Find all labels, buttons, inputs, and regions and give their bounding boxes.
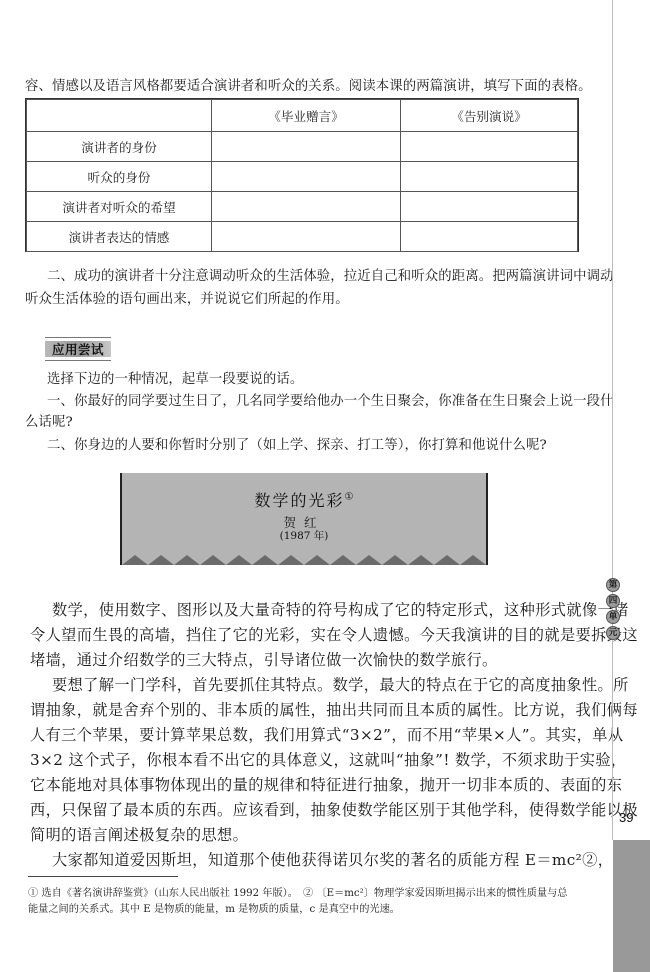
- application-item-1-line-1: 一、你最好的同学要过生日了，几名同学要给他办一个生日聚会，你准备在生日聚会上说一…: [47, 393, 614, 411]
- table-header-blank: [27, 100, 212, 132]
- article-p1-line-1: 数学，使用数字、图形以及大量奇特的符号构成了它的特定形式，这种形式就像一堵: [52, 600, 629, 620]
- article-p2-line-5: 它本能地对具体事物体现出的量的规律和特征进行抽象，抛开一切非本质的、表面的东: [30, 775, 622, 795]
- answer-cell[interactable]: [212, 132, 401, 162]
- table-row: 演讲者对听众的希望: [27, 192, 578, 222]
- margin-rule: [612, 0, 613, 840]
- row-label: 演讲者的身份: [27, 132, 212, 162]
- fill-in-table: 《毕业赠言》 《告别演说》 演讲者的身份 听众的身份 演讲者对听众的希望 演讲者…: [25, 98, 579, 252]
- article-p1-line-2: 令人望而生畏的高墙，挡住了它的光彩，实在令人遗憾。今天我演讲的目的就是要拆毁这: [30, 625, 638, 645]
- unit-badge-char: 元: [606, 626, 620, 640]
- article-p2-line-6: 西，只保留了最本质的东西。应该看到，抽象使数学能区别于其他学科，使得数学能以极: [30, 800, 638, 820]
- article-p2-line-3: 人有三个苹果，要计算苹果总数，我们用算式“3×2”，而不用“苹果×人”。其实，单…: [30, 725, 623, 745]
- article-p2-line-4: 3×2 这个式子，你根本看不出它的具体意义，这就叫“抽象”! 数学，不须求助于实…: [30, 750, 627, 770]
- article-p2-line-2: 谓抽象，就是舍弃个别的、非本质的属性，抽出共同而且本质的属性。比方说，我们俩每: [30, 700, 638, 720]
- answer-cell[interactable]: [401, 132, 578, 162]
- article-title-text: 数学的光彩: [255, 491, 345, 510]
- exercise-2-line-1: 二、成功的演讲者十分注意调动听众的生活体验，拉近自己和听众的距离。把两篇演讲词中…: [47, 268, 614, 286]
- table-row: 演讲者的身份: [27, 132, 578, 162]
- section-tag-label: 应用尝试: [45, 340, 111, 358]
- intro-text: 容、情感以及语言风格都要适合演讲者和听众的关系。阅读本课的两篇演讲，填写下面的表…: [25, 78, 592, 96]
- row-label: 演讲者表达的情感: [27, 222, 212, 252]
- footnote-ref-1[interactable]: ①: [345, 492, 354, 503]
- article-title: 数学的光彩①: [122, 488, 486, 511]
- unit-badge-char: 四: [606, 594, 620, 608]
- table-header-graduation-speech: 《毕业赠言》: [212, 100, 401, 132]
- article-p3-line-1: 大家都知道爱因斯坦，知道那个使他获得诺贝尔奖的著名的质能方程 E＝mc²②，深: [52, 850, 629, 870]
- page-edge-tab: [613, 840, 650, 972]
- article-p1-line-3: 堵墙，通过介绍数学的三大特点，引导诸位做一次愉快的数学旅行。: [30, 650, 498, 670]
- page-number: 39: [619, 810, 633, 825]
- article-p2-line-7: 简明的语言阐述极复杂的思想。: [30, 825, 248, 845]
- answer-cell[interactable]: [401, 222, 578, 252]
- article-p2-line-1: 要想了解一门学科，首先要抓住其特点。数学，最大的特点在于它的高度抽象性。所: [52, 675, 629, 695]
- unit-badge-char: 第: [606, 578, 620, 592]
- article-title-banner: 数学的光彩① 贺红 (1987 年): [120, 473, 488, 565]
- section-tag-application: 应用尝试: [45, 337, 111, 361]
- table-row: 演讲者表达的情感: [27, 222, 578, 252]
- answer-cell[interactable]: [212, 192, 401, 222]
- table-header-farewell-speech: 《告别演说》: [401, 100, 578, 132]
- zigzag-border-decoration: [122, 555, 486, 565]
- exercise-2-line-2: 听众生活体验的语句画出来，并说说它们所起的作用。: [25, 291, 349, 309]
- answer-cell[interactable]: [401, 192, 578, 222]
- unit-badge-char: 单: [606, 610, 620, 624]
- application-item-2: 二、你身边的人要和你暂时分别了（如上学、探亲、打工等），你打算和他说什么呢?: [47, 437, 547, 455]
- answer-cell[interactable]: [212, 222, 401, 252]
- row-label: 听众的身份: [27, 162, 212, 192]
- application-intro: 选择下边的一种情况，起草一段要说的话。: [47, 371, 303, 389]
- answer-cell[interactable]: [212, 162, 401, 192]
- application-item-1-line-2: 么话呢?: [25, 414, 73, 432]
- answer-cell[interactable]: [401, 162, 578, 192]
- article-year: (1987 年): [122, 528, 486, 543]
- row-label: 演讲者对听众的希望: [27, 192, 212, 222]
- table-row: 听众的身份: [27, 162, 578, 192]
- table-header-row: 《毕业赠言》 《告别演说》: [27, 100, 578, 132]
- footnote-divider: [28, 876, 178, 877]
- footnote-line-2: 能量之间的关系式。其中 E 是物质的能量，m 是物质的质量，c 是真空中的光速。: [28, 902, 400, 918]
- footnote-line-1: ① 选自《著名演讲辞鉴赏》（山东人民出版社 1992 年版）。 ② 〔E＝mc²…: [28, 886, 567, 902]
